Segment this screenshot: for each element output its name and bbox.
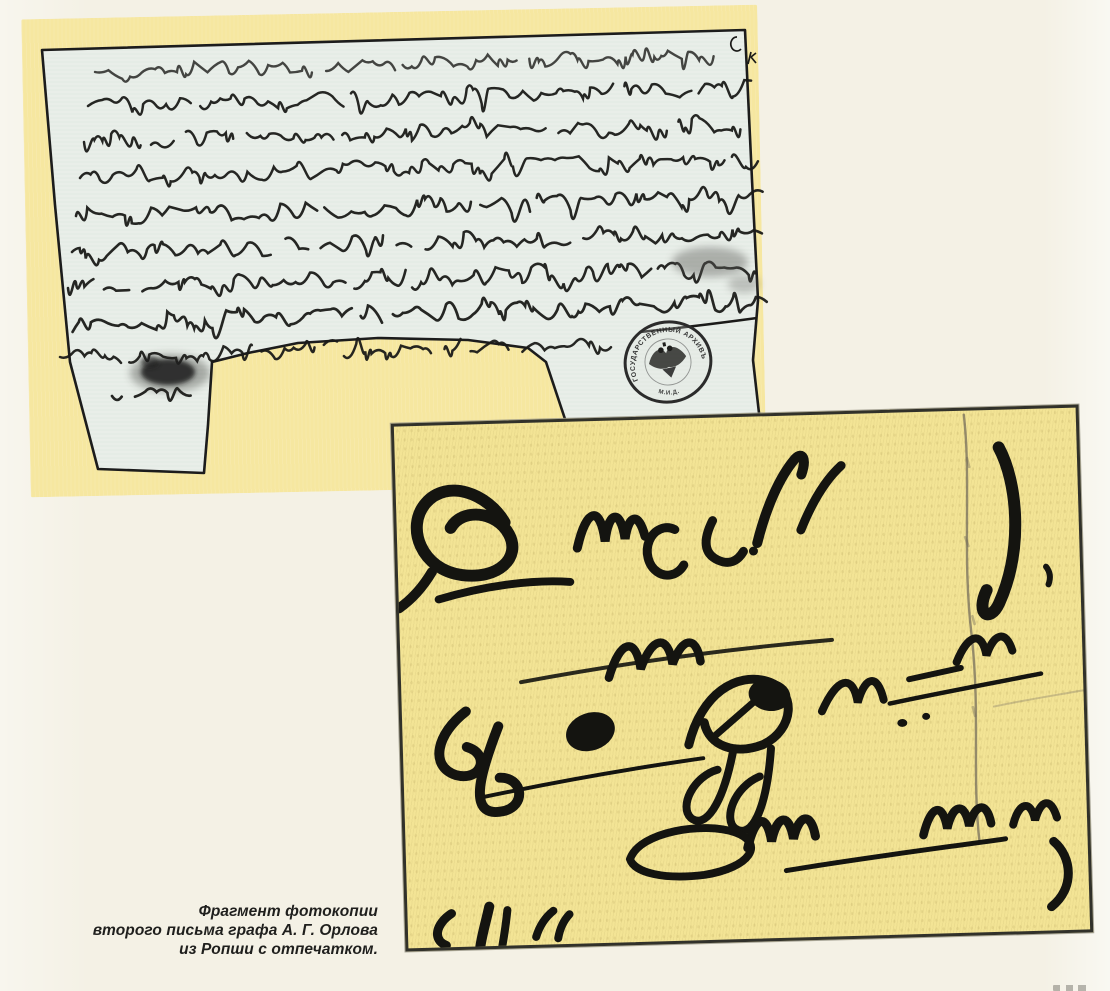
imprint-blob: [561, 706, 621, 758]
imprint-stroke: [1013, 803, 1058, 825]
imprint-stroke: [1046, 567, 1050, 585]
imprint-stroke: [923, 807, 992, 835]
imprint-stroke: [747, 819, 816, 848]
ink-blot: [130, 354, 210, 392]
imprint-stroke: [647, 527, 684, 575]
imprint-stroke: [786, 839, 1007, 871]
imprint-stroke: [416, 489, 513, 577]
imprint-stroke: [478, 726, 520, 813]
imprint-stroke: [821, 681, 884, 712]
caption-line: из Ропши с отпечатком.: [80, 940, 378, 959]
imprint-stroke: [978, 447, 1018, 615]
imprint-stroke: [963, 415, 980, 844]
imprint-stroke: [398, 572, 433, 609]
letter-paper: [42, 30, 760, 473]
page-number-cropped: [1053, 985, 1091, 991]
imprint-stroke: [1050, 841, 1070, 907]
imprint-blob: [922, 713, 930, 720]
imprint-photo-figure: [391, 404, 1093, 951]
imprint-stroke: [909, 668, 961, 679]
imprint-stroke: [629, 827, 752, 878]
caption-line: второго письма графа А. Г. Орлова: [80, 921, 378, 940]
figure-caption: Фрагмент фотокопии второго письма графа …: [80, 902, 378, 959]
imprint-stroke: [438, 581, 570, 600]
imprint-stroke: [576, 514, 645, 548]
imprint-stroke: [437, 914, 452, 946]
imprint-stroke: [479, 907, 490, 947]
imprint-stroke: [438, 711, 481, 777]
imprint-stroke: [501, 910, 508, 946]
imprint-stroke: [705, 520, 743, 563]
imprint-strokes: [394, 408, 1090, 949]
imprint-stroke: [994, 690, 1084, 706]
imprint-stroke: [535, 910, 570, 939]
caption-line: Фрагмент фотокопии: [80, 902, 378, 921]
imprint-blob: [897, 719, 907, 727]
imprint-stroke: [956, 636, 1013, 662]
book-page: ГОСУДАРСТВЕННЫЙ АРХИВЪ М.И.Д. Фрагмент ф…: [0, 0, 1110, 991]
